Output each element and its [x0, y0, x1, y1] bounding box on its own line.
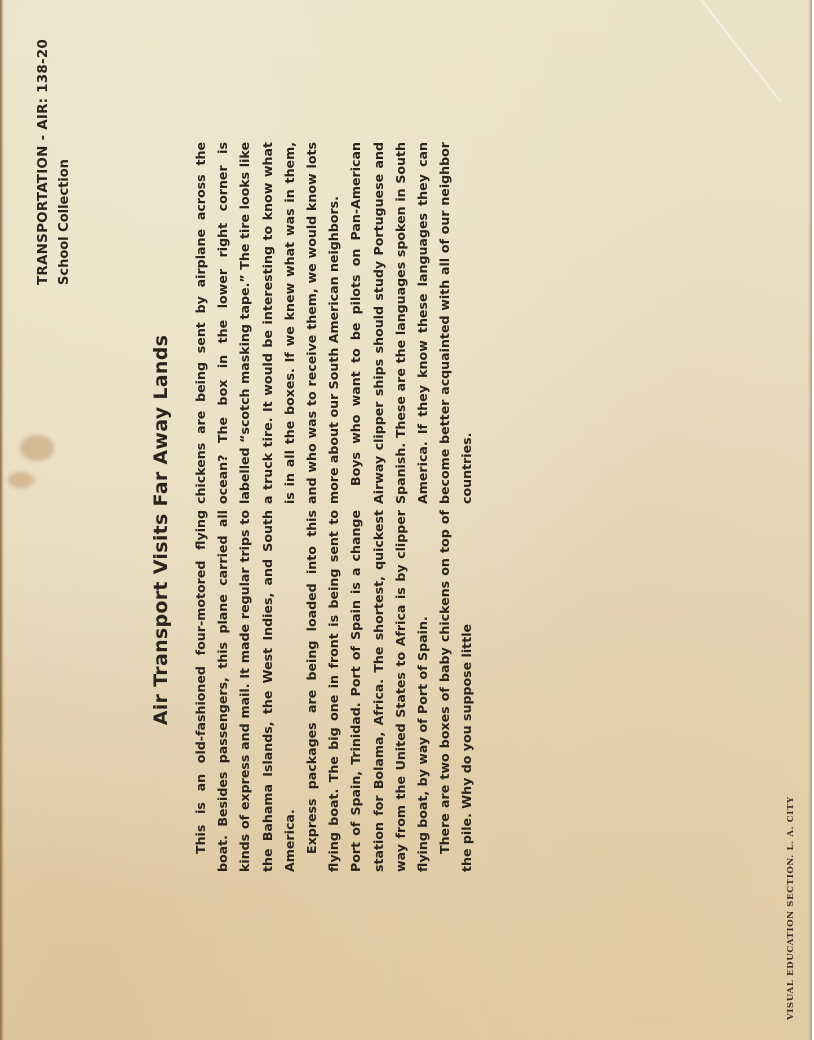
collection-label: School Collection	[54, 25, 76, 285]
publisher-footer: VISUAL EDUCATION SECTION. L. A. CITY	[786, 796, 796, 1020]
paragraph: Express packages are being loaded into t…	[301, 510, 434, 872]
paper-sheet: TRANSPORTATION - AIR: 138-20 School Coll…	[0, 0, 814, 1040]
text-column-2: chickens are being sent by airplane acro…	[190, 142, 479, 504]
catalog-header: TRANSPORTATION - AIR: 138-20 School Coll…	[32, 25, 76, 285]
paragraph: Boys who want to be pilots on Pan-Americ…	[345, 142, 478, 504]
catalog-number: TRANSPORTATION - AIR: 138-20	[32, 25, 54, 285]
paragraph: chickens are being sent by airplane acro…	[190, 142, 345, 504]
article-title: Air Transport Visits Far Away Lands	[150, 320, 172, 740]
rotated-content: TRANSPORTATION - AIR: 138-20 School Coll…	[0, 0, 814, 1040]
paragraph: There are two boxes of baby chickens on …	[434, 510, 478, 872]
text-column-1: This is an old-fashioned four-motored fl…	[190, 510, 479, 872]
paragraph: This is an old-fashioned four-motored fl…	[190, 510, 301, 872]
